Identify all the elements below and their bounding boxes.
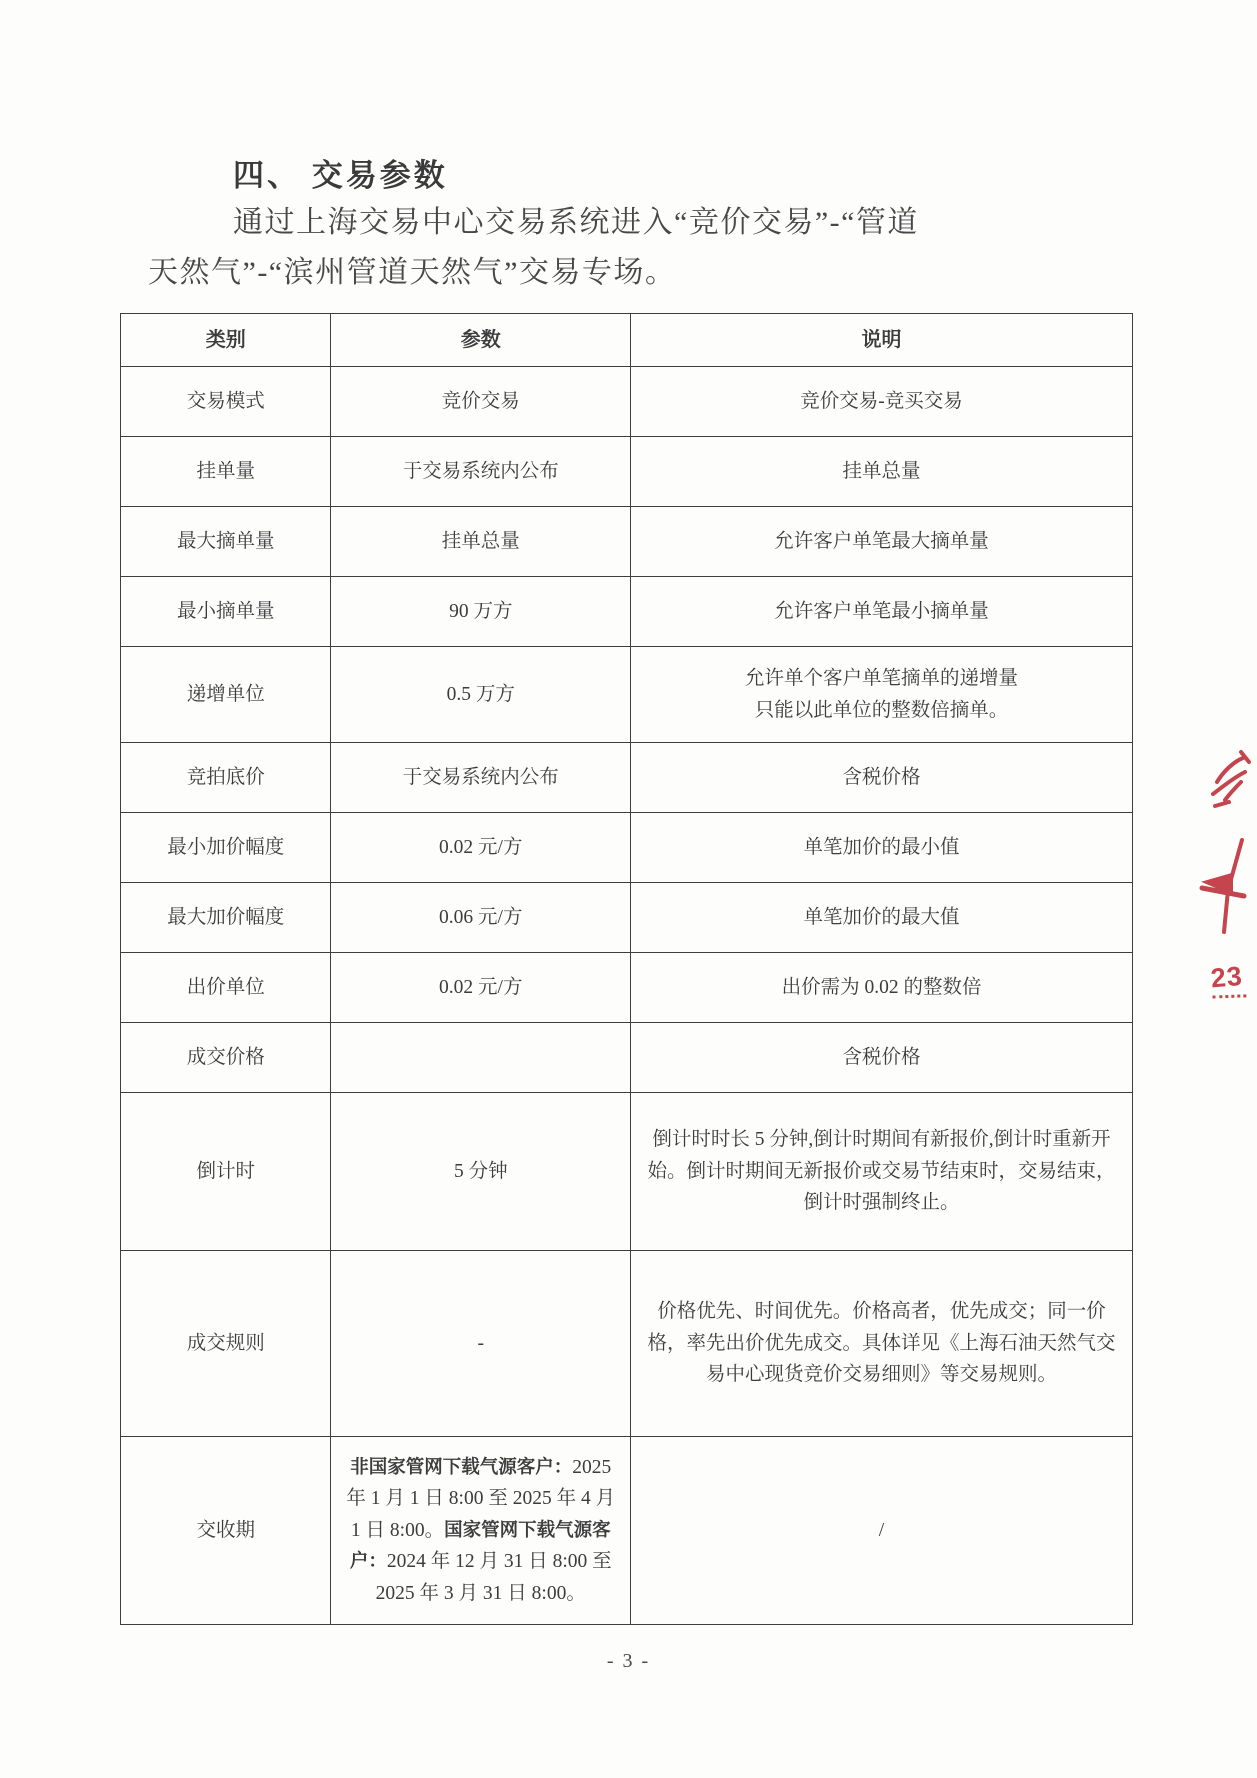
category-cell: 竞拍底价 (121, 743, 331, 813)
table-row: 交收期非国家管网下载气源客户：2025 年 1 月 1 日 8:00 至 202… (121, 1437, 1133, 1625)
intro-line-2: 天然气”-“滨州管道天然气”交易专场。 (148, 248, 1048, 298)
table-row: 倒计时5 分钟倒计时时长 5 分钟,倒计时期间有新报价,倒计时重新开始。倒计时期… (121, 1093, 1133, 1251)
parameter-cell: 0.02 元/方 (331, 813, 631, 883)
parameter-segment: 2024 年 12 月 31 日 8:00 至 2025 年 3 月 31 日 … (376, 1551, 612, 1604)
parameter-cell: 0.06 元/方 (331, 883, 631, 953)
table-row: 竞拍底价于交易系统内公布含税价格 (121, 743, 1133, 813)
category-cell: 交收期 (121, 1437, 331, 1625)
col-header-description: 说明 (631, 314, 1133, 367)
description-cell: 含税价格 (631, 1023, 1133, 1093)
description-cell: 允许单个客户单笔摘单的递增量 只能以此单位的整数倍摘单。 (631, 647, 1133, 743)
col-header-category: 类别 (121, 314, 331, 367)
table-row: 成交规则-价格优先、时间优先。价格高者，优先成交；同一价格，率先出价优先成交。具… (121, 1251, 1133, 1437)
parameter-cell: 90 万方 (331, 577, 631, 647)
description-cell: 出价需为 0.02 的整数倍 (631, 953, 1133, 1023)
parameter-cell: 0.02 元/方 (331, 953, 631, 1023)
section-title: 四、 交易参数 (233, 150, 448, 195)
col-header-parameter: 参数 (331, 314, 631, 367)
table-row: 最大加价幅度0.06 元/方单笔加价的最大值 (121, 883, 1133, 953)
red-underline-squiggle-icon (1212, 990, 1246, 998)
red-scribble-mark-icon (1207, 748, 1251, 812)
table-body: 交易模式竞价交易竞价交易-竞买交易挂单量于交易系统内公布挂单总量最大摘单量挂单总… (121, 367, 1133, 1625)
category-cell: 最大加价幅度 (121, 883, 331, 953)
parameter-cell: 于交易系统内公布 (331, 437, 631, 507)
table-row: 出价单位0.02 元/方出价需为 0.02 的整数倍 (121, 953, 1133, 1023)
parameter-cell: 于交易系统内公布 (331, 743, 631, 813)
parameter-cell: 0.5 万方 (331, 647, 631, 743)
description-cell: 价格优先、时间优先。价格高者，优先成交；同一价格，率先出价优先成交。具体详见《上… (631, 1251, 1133, 1437)
parameter-cell: 5 分钟 (331, 1093, 631, 1251)
category-cell: 最大摘单量 (121, 507, 331, 577)
description-cell: 单笔加价的最小值 (631, 813, 1133, 883)
category-cell: 成交规则 (121, 1251, 331, 1437)
table-row: 成交价格含税价格 (121, 1023, 1133, 1093)
table-row: 交易模式竞价交易竞价交易-竞买交易 (121, 367, 1133, 437)
document-page: 四、 交易参数 通过上海交易中心交易系统进入“竞价交易”-“管道 天然气”-“滨… (0, 0, 1257, 1778)
table-row: 挂单量于交易系统内公布挂单总量 (121, 437, 1133, 507)
category-cell: 最小摘单量 (121, 577, 331, 647)
parameter-cell: - (331, 1251, 631, 1437)
category-cell: 出价单位 (121, 953, 331, 1023)
intro-paragraph: 通过上海交易中心交易系统进入“竞价交易”-“管道 天然气”-“滨州管道天然气”交… (148, 198, 1048, 298)
table-row: 最大摘单量挂单总量允许客户单笔最大摘单量 (121, 507, 1133, 577)
description-cell: 含税价格 (631, 743, 1133, 813)
description-cell: 挂单总量 (631, 437, 1133, 507)
red-number-text: 23 (1209, 961, 1244, 994)
category-cell: 交易模式 (121, 367, 331, 437)
description-cell: 单笔加价的最大值 (631, 883, 1133, 953)
category-cell: 最小加价幅度 (121, 813, 331, 883)
description-cell: 允许客户单笔最小摘单量 (631, 577, 1133, 647)
description-cell: / (631, 1437, 1133, 1625)
red-number-annotation: 23 (1209, 961, 1246, 1000)
category-cell: 递增单位 (121, 647, 331, 743)
category-cell: 挂单量 (121, 437, 331, 507)
table-row: 最小摘单量90 万方允许客户单笔最小摘单量 (121, 577, 1133, 647)
table-row: 最小加价幅度0.02 元/方单笔加价的最小值 (121, 813, 1133, 883)
parameter-cell: 非国家管网下载气源客户：2025 年 1 月 1 日 8:00 至 2025 年… (331, 1437, 631, 1625)
description-cell: 竞价交易-竞买交易 (631, 367, 1133, 437)
table-header-row: 类别 参数 说明 (121, 314, 1133, 367)
description-cell: 倒计时时长 5 分钟,倒计时期间有新报价,倒计时重新开始。倒计时期间无新报价或交… (631, 1093, 1133, 1251)
parameter-cell: 竞价交易 (331, 367, 631, 437)
parameter-cell: 挂单总量 (331, 507, 631, 577)
red-arrow-mark-icon (1198, 838, 1250, 936)
category-cell: 倒计时 (121, 1093, 331, 1251)
parameter-cell (331, 1023, 631, 1093)
table-row: 递增单位0.5 万方允许单个客户单笔摘单的递增量 只能以此单位的整数倍摘单。 (121, 647, 1133, 743)
page-number: - 3 - (0, 1650, 1257, 1673)
trading-parameters-table: 类别 参数 说明 交易模式竞价交易竞价交易-竞买交易挂单量于交易系统内公布挂单总… (120, 313, 1133, 1625)
intro-line-1: 通过上海交易中心交易系统进入“竞价交易”-“管道 (148, 198, 1048, 248)
category-cell: 成交价格 (121, 1023, 331, 1093)
parameter-segment-bold: 非国家管网下载气源客户： (350, 1456, 572, 1477)
description-cell: 允许客户单笔最大摘单量 (631, 507, 1133, 577)
